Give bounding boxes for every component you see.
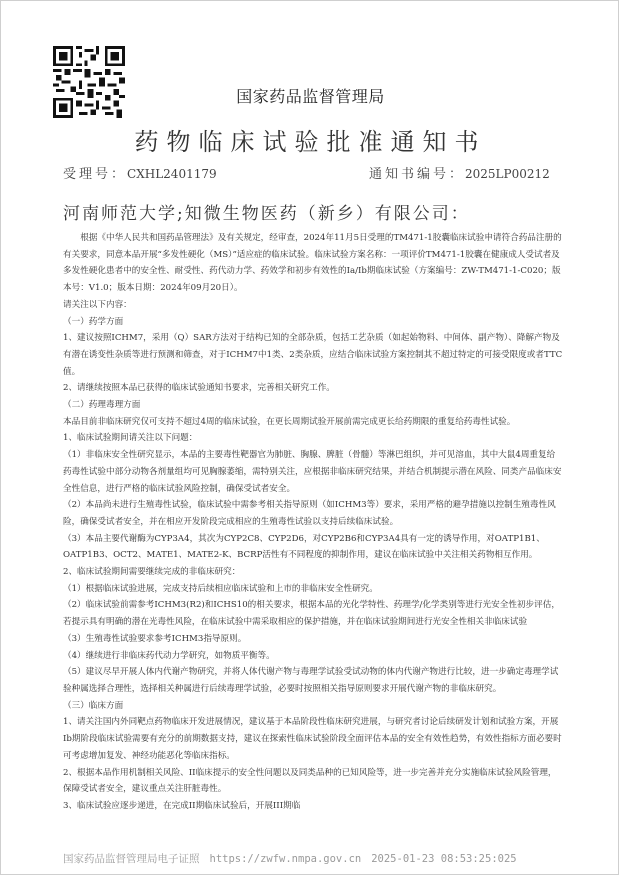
document-body: 根据《中华人民共和国药品管理法》及有关规定，经审查，2024年11月5日受理的T…	[63, 230, 563, 815]
paragraph: 1、建议按照ICHM7，采用（Q）SAR方法对于结构已知的全部杂质，包括工艺杂质…	[63, 330, 563, 380]
paragraph: 本品目前非临床研究仅可支持不超过4周的临床试验，在更长周期试验开展前需完成更长给…	[63, 414, 563, 431]
paragraph: 2、临床试验期间需要继续完成的非临床研究：	[63, 564, 563, 581]
footer-timestamp: 2025-01-23 08:53:25:025	[371, 853, 516, 865]
paragraph: 3、临床试验应逐步递进，在完成II期临床试验后，开展III期临	[63, 798, 563, 815]
paragraph: （2）本品尚未进行生殖毒性试验，临床试验中需参考相关指导原则（如ICHM3等）要…	[63, 497, 563, 530]
paragraph: （2）临床试验前需参考ICHM3(R2)和ICHS10的相关要求，根据本品的光化…	[63, 597, 563, 630]
paragraph: （1）非临床安全性研究显示，本品的主要毒性靶器官为肺脏、胸腺、脾脏（骨髓）等淋巴…	[63, 447, 563, 497]
footer-url[interactable]: https://zwfw.nmpa.gov.cn	[210, 853, 362, 865]
notice-value: 2025LP00212	[465, 167, 550, 181]
footer-watermark: 国家药品监督管理局电子证照https://zwfw.nmpa.gov.cn202…	[63, 851, 527, 866]
footer-source: 国家药品监督管理局电子证照	[63, 853, 200, 865]
qr-code-icon[interactable]	[53, 46, 125, 118]
recipient: 河南师范大学;知微生物医药（新乡）有限公司：	[63, 199, 470, 224]
acceptance-label: 受理号：	[63, 167, 127, 182]
document-title: 药物临床试验批准通知书	[1, 122, 619, 157]
acceptance-number: 受理号：CXHL2401179	[63, 163, 217, 182]
agency-name: 国家药品监督管理局	[1, 84, 619, 107]
paragraph: （3）生殖毒性试验要求参考ICHM3指导原则。	[63, 631, 563, 648]
paragraph: 2、根据本品作用机制相关风险、II临床提示的安全性问题以及同类品种的已知风险等，…	[63, 765, 563, 798]
paragraph: （3）本品主要代谢酶为CYP3A4，其次为CYP2C8、CYP2D6，对CYP2…	[63, 531, 563, 564]
paragraph: 2、请继续按照本品已获得的临床试验通知书要求，完善相关研究工作。	[63, 380, 563, 397]
acceptance-value: CXHL2401179	[127, 167, 217, 181]
paragraph: 根据《中华人民共和国药品管理法》及有关规定，经审查，2024年11月5日受理的T…	[63, 230, 563, 297]
paragraph: 1、临床试验期间请关注以下问题：	[63, 430, 563, 447]
paragraph: （4）继续进行非临床药代动力学研究，如物质平衡等。	[63, 648, 563, 665]
notice-number: 通知书编号：2025LP00212	[369, 163, 550, 182]
section-heading: （二）药理毒理方面	[63, 397, 563, 414]
notice-label: 通知书编号：	[369, 167, 465, 182]
paragraph: 1、请关注国内外同靶点药物临床开发进展情况，建议基于本品阶段性临床研究进展，与研…	[63, 714, 563, 764]
paragraph: （1）根据临床试验进展，完成支持后续相应临床试验和上市的非临床安全性研究。	[63, 581, 563, 598]
paragraph: （5）建议尽早开展人体内代谢产物研究，并将人体代谢产物与毒理学试验受试动物的体内…	[63, 664, 563, 697]
paragraph: 请关注以下内容：	[63, 297, 563, 314]
section-heading: （三）临床方面	[63, 698, 563, 715]
document-page: 国家药品监督管理局 药物临床试验批准通知书 受理号：CXHL2401179 通知…	[0, 0, 619, 875]
section-heading: （一）药学方面	[63, 314, 563, 331]
